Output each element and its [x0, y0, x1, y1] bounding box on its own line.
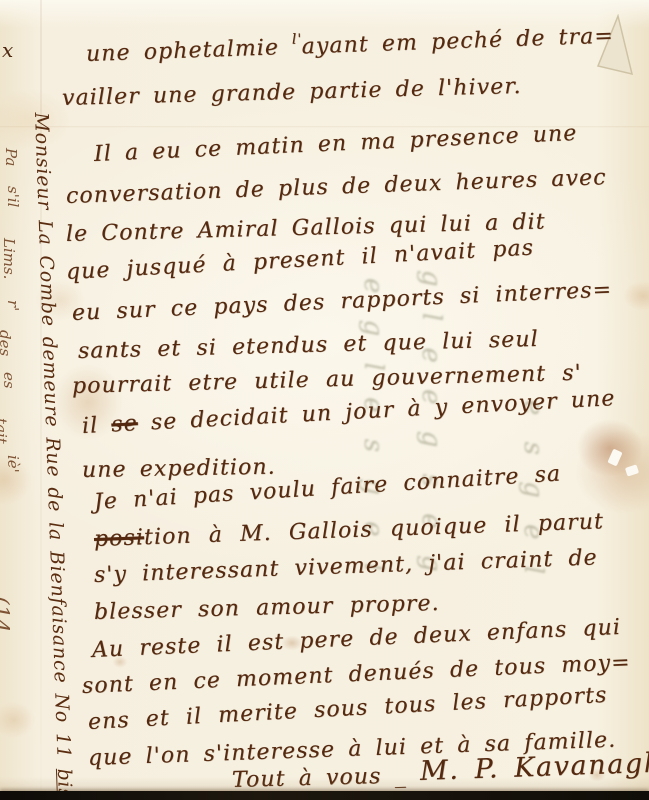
edge-fragment: Lims.	[0, 238, 18, 279]
edge-fragment: Pa	[2, 148, 20, 166]
edge-fragment: (14	[0, 596, 12, 633]
margin-address-note: Monsieur La Combe demeure Rue de la Bien…	[30, 112, 76, 799]
line-text: il	[81, 412, 112, 439]
edge-fragment: tait	[0, 418, 10, 444]
paper-bottom-shadow	[0, 777, 649, 791]
letter-line-4: conversation de plus de deux heures avec	[66, 165, 607, 209]
edge-fragment: es	[0, 372, 18, 389]
letter-line-15: blesser son amour propre.	[94, 591, 440, 625]
line-text: sants et si etendus et que lui seul	[78, 327, 539, 364]
struck-word: se	[111, 411, 139, 437]
edge-fragment: des	[0, 330, 14, 356]
margin-note-text: Monsieur La Combe demeure Rue de la Bien…	[30, 112, 75, 769]
scan-edge-strip	[0, 791, 649, 800]
letter-line-1: une ophetalmie l'ayant em peché de tra=	[86, 24, 615, 67]
letter-line-2: vailler une grande partie de l'hiver.	[62, 74, 522, 111]
edge-fragment: iè'	[4, 455, 22, 473]
line-text: une expedition.	[82, 455, 276, 483]
line-text: ayant em peché de tra=	[301, 24, 614, 60]
struck-word: posi	[94, 525, 145, 552]
edge-fragment: s'il	[4, 186, 22, 207]
line-text: conversation de plus de deux heures avec	[66, 165, 607, 209]
paper-top-edge	[0, 0, 649, 28]
line-text: blesser son amour propre.	[94, 591, 440, 625]
paper-tear	[607, 449, 622, 467]
letter-line-8: sants et si etendus et que lui seul	[78, 327, 539, 364]
paper-tear	[625, 464, 639, 476]
line-text: eu sur ce pays des rapports si interres=	[71, 277, 612, 326]
inserted-word: l'	[292, 31, 303, 47]
line-text: vailler une grande partie de l'hiver.	[62, 74, 522, 111]
cross-mark: x	[2, 38, 13, 62]
edge-fragment: r'	[4, 300, 22, 311]
letter-scan-page: e g l e s g e l g l e e g s e g e s g e …	[0, 0, 649, 800]
letter-line-11: une expedition.	[82, 455, 276, 483]
line-text: une ophetalmie	[86, 35, 293, 67]
letter-line-7: eu sur ce pays des rapports si interres=	[71, 277, 612, 326]
